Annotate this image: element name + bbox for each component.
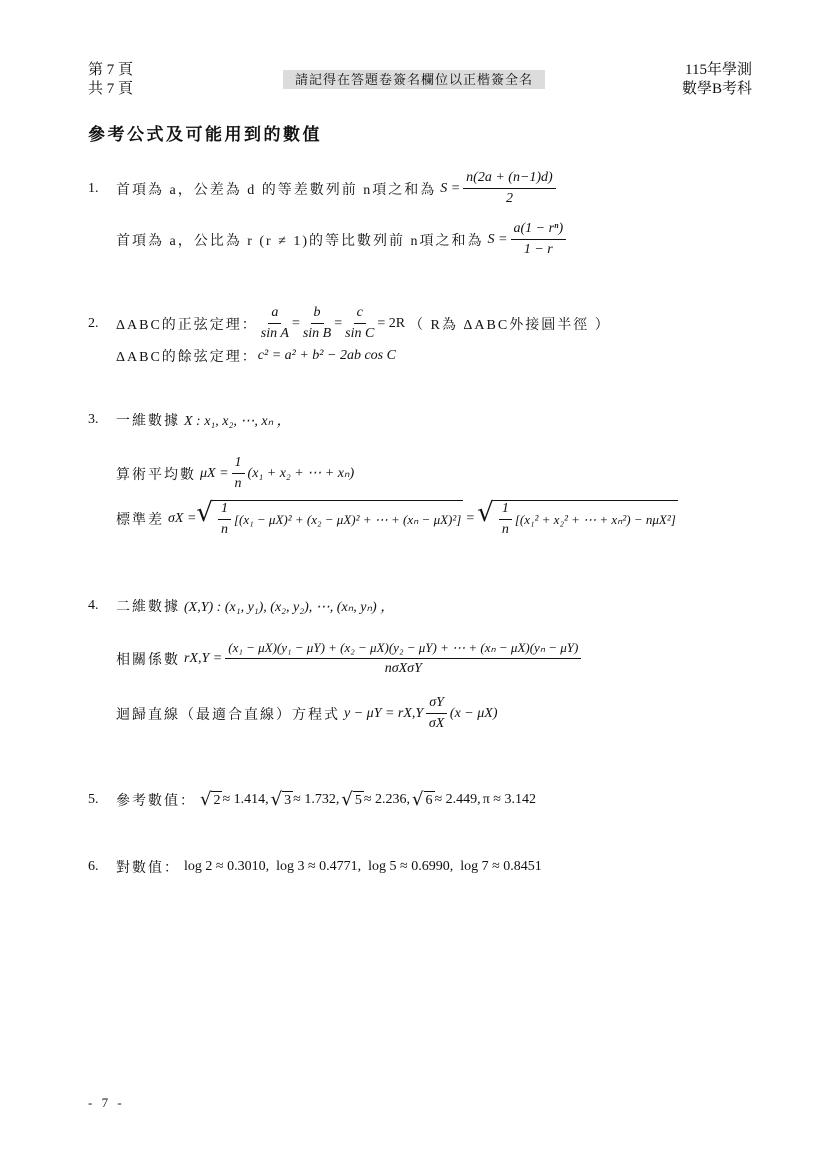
log-values: 6. 對數值： log 2 ≈ 0.3010, log 3 ≈ 0.4771, … (88, 857, 542, 877)
fraction: n(2a + (n−1)d) 2 (463, 170, 556, 207)
fraction: a(1 − rⁿ) 1 − r (511, 221, 567, 258)
formula-3b-mean: 算術平均數 μX = 1n (x₁ + x₂ + ⋯ + xₙ) (116, 455, 354, 492)
formula-4c-regression: 迴歸直線（最適合直線）方程式 y − μY = rX,Y σYσX (x − μ… (116, 695, 498, 732)
formula-4b-correlation: 相關係數 rX,Y = (x₁ − μX)(y₁ − μY) + (x₂ − μ… (116, 640, 584, 677)
subject-name: 數學B考科 (682, 80, 752, 99)
formula-3c-stddev: 標準差 σX = √ 1n [(x₁ − μX)² + (x₂ − μX)² +… (116, 500, 678, 538)
page-title: 參考公式及可能用到的數值 (88, 120, 322, 145)
page-indicator: 第 7 頁 共 7 頁 (88, 61, 133, 99)
formula-2a: 2. ΔABC的正弦定理： asin A = bsin B = csin C =… (88, 305, 611, 342)
signature-reminder-banner: 請記得在答題卷簽名欄位以正楷簽全名 (283, 70, 545, 89)
exam-info: 115年學測 數學B考科 (682, 61, 752, 99)
formula-1b: 首項為 a，公比為 r (r ≠ 1)的等比數列前 n項之和為 S = a(1 … (116, 221, 569, 258)
formula-4a: 4. 二維數據 (X,Y) : (x₁, y₁), (x₂, y₂), ⋯, (… (88, 596, 394, 616)
page-footer: - 7 - (88, 1095, 125, 1111)
page-total: 共 7 頁 (88, 80, 133, 99)
formula-1a: 1. 首項為 a，公差為 d 的等差數列前 n項之和為 S = n(2a + (… (88, 170, 559, 207)
formula-3a: 3. 一維數據 X : x₁, x₂, ⋯, xₙ ， (88, 410, 291, 430)
square-root: √ 1n [(x₁² + x₂² + ⋯ + xₙ²) − nμX²] (477, 500, 678, 538)
page-number: 第 7 頁 (88, 61, 133, 80)
square-root: √ 1n [(x₁ − μX)² + (x₂ − μX)² + ⋯ + (xₙ … (196, 500, 463, 538)
reference-values: 5. 參考數值： √2 ≈ 1.414, √3 ≈ 1.732, √5 ≈ 2.… (88, 790, 536, 810)
formula-2b: ΔABC的餘弦定理： c² = a² + b² − 2ab cos C (116, 346, 396, 366)
exam-name: 115年學測 (682, 61, 752, 80)
